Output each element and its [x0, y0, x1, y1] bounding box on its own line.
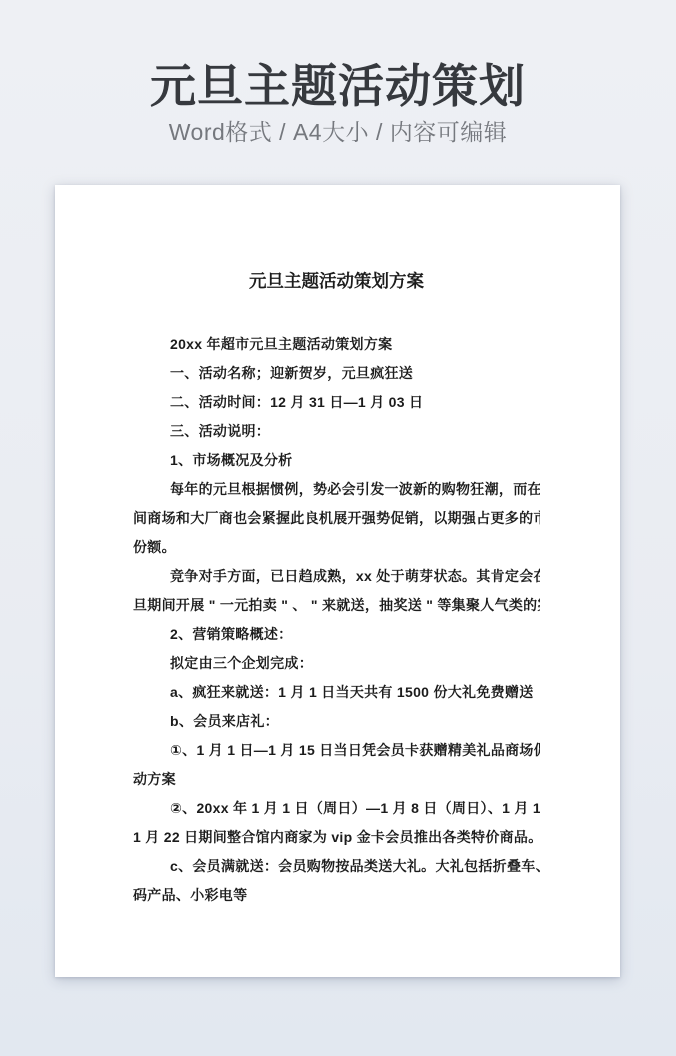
document-line: 1 月 22 日期间整合馆内商家为 vip 金卡会员推出各类特价商品。 [133, 823, 540, 852]
document-title: 元旦主题活动策划方案 [133, 271, 540, 291]
document-line: 20xx 年超市元旦主题活动策划方案 [133, 330, 540, 359]
document-line: 份额。 [133, 533, 540, 562]
document-line: 1、市场概况及分析 [133, 446, 540, 475]
preview-subtitle: Word格式 / A4大小 / 内容可编辑 [0, 118, 676, 146]
document-page[interactable]: 元旦主题活动策划方案 20xx 年超市元旦主题活动策划方案一、活动名称；迎新贺岁… [55, 185, 620, 977]
document-line: 一、活动名称；迎新贺岁，元旦疯狂送 [133, 359, 540, 388]
document-line: ①、1 月 1 日—1 月 15 日当日凭会员卡获赠精美礼品商场促销活 [133, 736, 540, 765]
document-line: b、会员来店礼： [133, 707, 540, 736]
document-line: 竞争对手方面，已日趋成熟，xx 处于萌芽状态。其肯定会在元 [133, 562, 540, 591]
document-line: 间商场和大厂商也会紧握此良机展开强势促销，以期强占更多的市场 [133, 504, 540, 533]
document-line: 每年的元旦根据惯例，势必会引发一波新的购物狂潮，而在此期 [133, 475, 540, 504]
document-line: 三、活动说明： [133, 417, 540, 446]
document-line: c、会员满就送：会员购物按品类送大礼。大礼包括折叠车、数 [133, 852, 540, 881]
document-body: 20xx 年超市元旦主题活动策划方案一、活动名称；迎新贺岁，元旦疯狂送二、活动时… [133, 330, 540, 910]
document-line: 码产品、小彩电等 [133, 881, 540, 910]
document-line: a、疯狂来就送：1 月 1 日当天共有 1500 份大礼免费赠送 [133, 678, 540, 707]
document-line: 旦期间开展 " 一元拍卖 " 、 " 来就送，抽奖送 " 等集聚人气类的案子； [133, 591, 540, 620]
document-line: 2、营销策略概述： [133, 620, 540, 649]
document-line: 拟定由三个企划完成： [133, 649, 540, 678]
document-line: 二、活动时间：12 月 31 日—1 月 03 日 [133, 388, 540, 417]
preview-title: 元旦主题活动策划 [0, 60, 676, 112]
preview-header: 元旦主题活动策划 Word格式 / A4大小 / 内容可编辑 [0, 0, 676, 146]
document-line: ②、20xx 年 1 月 1 日（周日）—1 月 8 日（周日）、1 月 14 … [133, 794, 540, 823]
document-line: 动方案 [133, 765, 540, 794]
